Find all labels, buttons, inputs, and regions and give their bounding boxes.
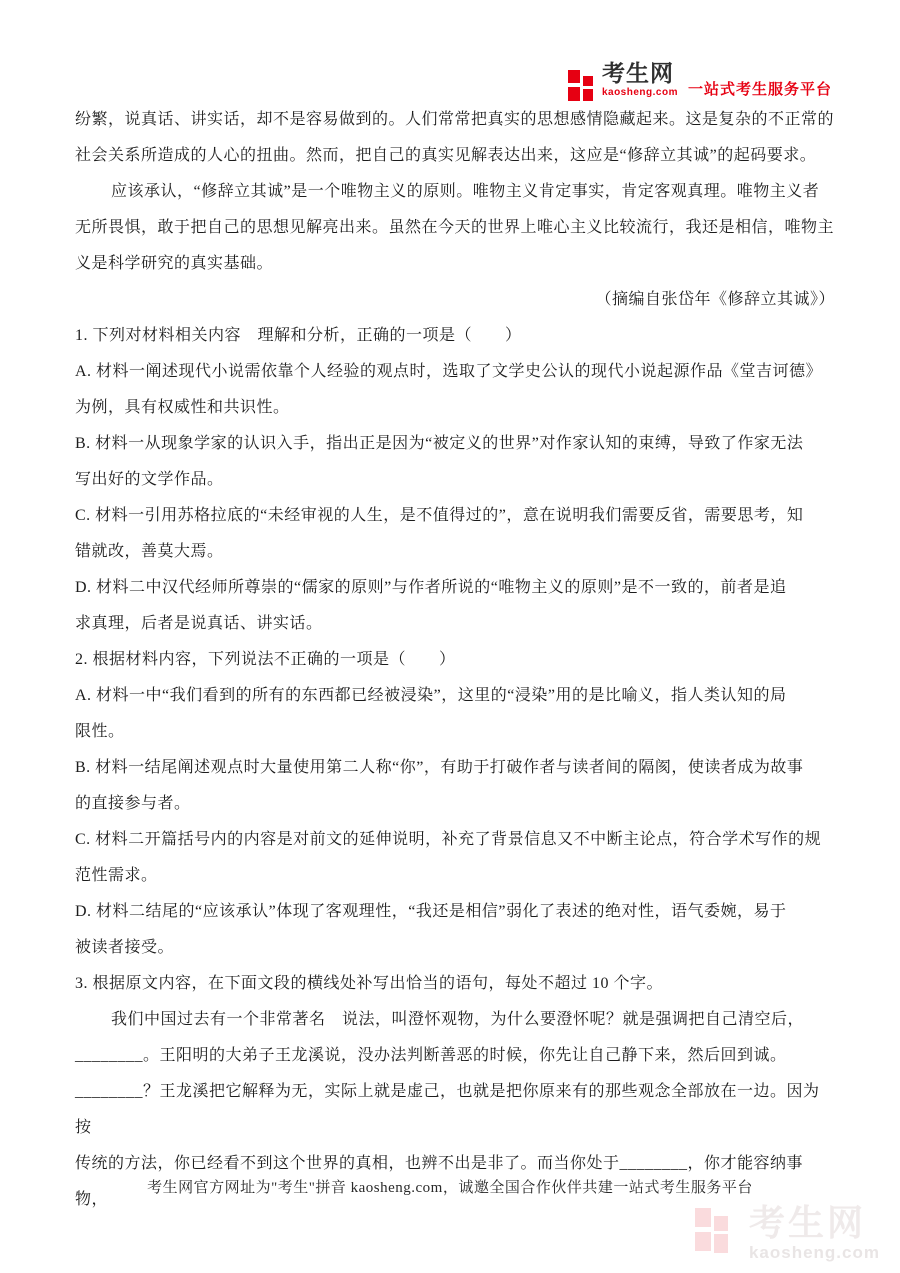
kaosheng-logo: 考生网 kaosheng.com 一站式考生服务平台 — [568, 62, 832, 104]
kaosheng-watermark: 考生网 kaosheng.com — [695, 1205, 880, 1261]
exam-text: 纷繁，说真话、讲实话，却不是容易做到的。人们常常把真实的思想感情隐藏起来。这是复… — [75, 102, 835, 1218]
q2-option-b-cont: 的直接参与者。 — [75, 786, 835, 822]
q2-option-a: A. 材料一中“我们看到的所有的东西都已经被浸染”，这里的“浸染”用的是比喻义，… — [75, 678, 835, 714]
watermark-brand: 考生网 — [749, 1205, 880, 1241]
brand-domain: kaosheng.com — [602, 88, 678, 98]
watermark-domain: kaosheng.com — [749, 1244, 880, 1261]
q1-option-d: D. 材料二中汉代经师所尊崇的“儒家的原则”与作者所说的“唯物主义的原则”是不一… — [75, 570, 835, 606]
q2-option-b: B. 材料一结尾阐述观点时大量使用第二人称“你”，有助于打破作者与读者间的隔阂，… — [75, 750, 835, 786]
kaosheng-blocks-icon — [568, 68, 596, 104]
passage-line: 社会关系所造成的人心的扭曲。然而，把自己的真实见解表达出来，这应是“修辞立其诚”… — [75, 138, 835, 174]
q2-option-d-cont: 被读者接受。 — [75, 930, 835, 966]
q1-option-d-cont: 求真理，后者是说真话、讲实话。 — [75, 606, 835, 642]
q3-passage-line: ________？王龙溪把它解释为无，实际上就是虚己，也就是把你原来有的那些观念… — [75, 1074, 835, 1146]
q1-option-b-cont: 写出好的文学作品。 — [75, 462, 835, 498]
passage-line: 义是科学研究的真实基础。 — [75, 246, 835, 282]
question-1-stem: 1. 下列对材料相关内容 理解和分析，正确的一项是（ ） — [75, 318, 835, 354]
kaosheng-blocks-icon-watermark — [695, 1207, 741, 1255]
passage-source: （摘编自张岱年《修辞立其诚》） — [75, 282, 835, 318]
q1-option-c-cont: 错就改，善莫大焉。 — [75, 534, 835, 570]
question-3-stem: 3. 根据原文内容，在下面文段的横线处补写出恰当的语句，每处不超过 10 个字。 — [75, 966, 835, 1002]
footer-text: 考生网官方网址为"考生"拼音 kaosheng.com，诚邀全国合作伙伴共建一站… — [0, 1176, 900, 1197]
brand-tagline: 一站式考生服务平台 — [688, 78, 832, 99]
q1-option-a-cont: 为例，具有权威性和共识性。 — [75, 390, 835, 426]
passage-line: 无所畏惧，敢于把自己的思想见解亮出来。虽然在今天的世界上唯心主义比较流行，我还是… — [75, 210, 835, 246]
passage-line: 纷繁，说真话、讲实话，却不是容易做到的。人们常常把真实的思想感情隐藏起来。这是复… — [75, 102, 835, 138]
watermark-text-group: 考生网 kaosheng.com — [749, 1205, 880, 1261]
q1-option-c: C. 材料一引用苏格拉底的“未经审视的人生，是不值得过的”，意在说明我们需要反省… — [75, 498, 835, 534]
q1-option-b: B. 材料一从现象学家的认识入手，指出正是因为“被定义的世界”对作家认知的束缚，… — [75, 426, 835, 462]
q2-option-c: C. 材料二开篇括号内的内容是对前文的延伸说明，补充了背景信息又不中断主论点，符… — [75, 822, 835, 858]
brand-name: 考生网 — [602, 62, 678, 85]
q2-option-c-cont: 范性需求。 — [75, 858, 835, 894]
q1-option-a: A. 材料一阐述现代小说需依靠个人经验的观点时，选取了文学史公认的现代小说起源作… — [75, 354, 835, 390]
q2-option-d: D. 材料二结尾的“应该承认”体现了客观理性，“我还是相信”弱化了表述的绝对性，… — [75, 894, 835, 930]
passage-line: 应该承认，“修辞立其诚”是一个唯物主义的原则。唯物主义肯定事实，肯定客观真理。唯… — [75, 174, 835, 210]
logo-text-group: 考生网 kaosheng.com — [602, 62, 678, 98]
question-2-stem: 2. 根据材料内容，下列说法不正确的一项是（ ） — [75, 642, 835, 678]
q3-passage-line: 我们中国过去有一个非常著名 说法，叫澄怀观物，为什么要澄怀呢？就是强调把自己清空… — [75, 1002, 835, 1038]
q2-option-a-cont: 限性。 — [75, 714, 835, 750]
q3-passage-line: ________。王阳明的大弟子王龙溪说，没办法判断善恶的时候，你先让自己静下来… — [75, 1038, 835, 1074]
